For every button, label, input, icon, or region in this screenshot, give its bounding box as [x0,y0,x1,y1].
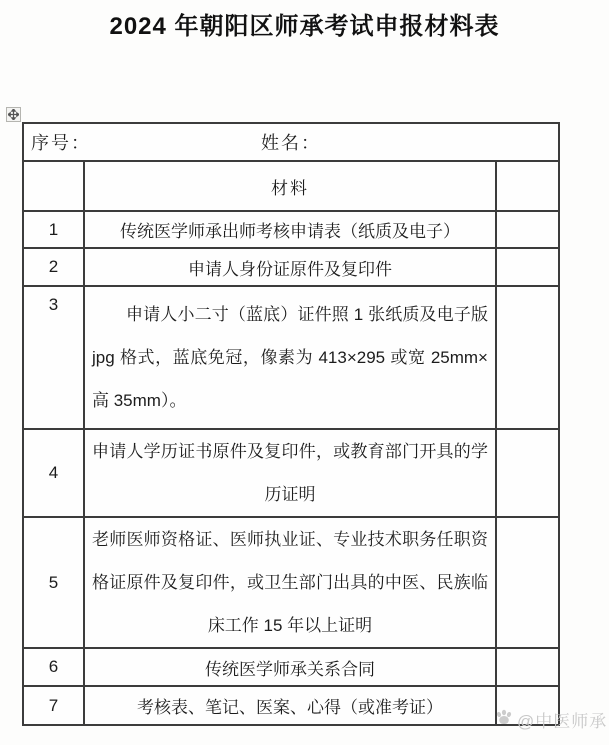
check-cell[interactable] [496,286,559,429]
check-cell[interactable] [496,211,559,248]
row-number: 4 [23,429,84,517]
material-text: 传统医学师承出师考核申请表（纸质及电子） [84,211,496,248]
table-move-handle[interactable] [6,107,21,122]
materials-table: 序号： 姓名： 材料 1 传统医学师承出师考核申请表（纸质及电子） 2 申请人身… [22,122,560,726]
table-row: 4 申请人学历证书原件及复印件，或教育部门开具的学历证明 [23,429,559,517]
table-row: 1 传统医学师承出师考核申请表（纸质及电子） [23,211,559,248]
row-number: 7 [23,686,84,725]
table-row: 2 申请人身份证原件及复印件 [23,248,559,286]
row-number: 2 [23,248,84,286]
table-row: 材料 [23,161,559,211]
materials-header-num-cell[interactable] [23,161,84,211]
page-title: 2024 年朝阳区师承考试申报材料表 [0,6,609,41]
table-row: 7 考核表、笔记、医案、心得（或准考证） [23,686,559,725]
materials-header-check-cell[interactable] [496,161,559,211]
check-cell[interactable] [496,248,559,286]
check-cell[interactable] [496,648,559,686]
material-text: 考核表、笔记、医案、心得（或准考证） [84,686,496,725]
material-text: 申请人身份证原件及复印件 [84,248,496,286]
row-number: 5 [23,517,84,648]
name-label: 姓名： [31,129,551,155]
material-text: 老师医师资格证、医师执业证、专业技术职务任职资格证原件及复印件，或卫生部门出具的… [84,517,496,648]
watermark: @中医师承 [494,707,607,732]
header-row-cell[interactable]: 序号： 姓名： [23,123,559,161]
row-number: 6 [23,648,84,686]
material-text: 申请人学历证书原件及复印件，或教育部门开具的学历证明 [84,429,496,517]
paw-icon [494,707,514,732]
material-text: 申请人小二寸（蓝底）证件照 1 张纸质及电子版 jpg 格式，蓝底免冠，像素为 … [84,286,496,429]
check-cell[interactable] [496,517,559,648]
move-arrows-icon [8,109,19,120]
table-row: 6 传统医学师承关系合同 [23,648,559,686]
watermark-text: @中医师承 [517,707,607,732]
check-cell[interactable] [496,429,559,517]
row-number: 1 [23,211,84,248]
table-row: 5 老师医师资格证、医师执业证、专业技术职务任职资格证原件及复印件，或卫生部门出… [23,517,559,648]
table-row: 3 申请人小二寸（蓝底）证件照 1 张纸质及电子版 jpg 格式，蓝底免冠，像素… [23,286,559,429]
material-text: 传统医学师承关系合同 [84,648,496,686]
row-number: 3 [23,286,84,429]
table-row: 序号： 姓名： [23,123,559,161]
document-page: 2024 年朝阳区师承考试申报材料表 序号： 姓名： [0,0,609,745]
materials-header-cell: 材料 [84,161,496,211]
